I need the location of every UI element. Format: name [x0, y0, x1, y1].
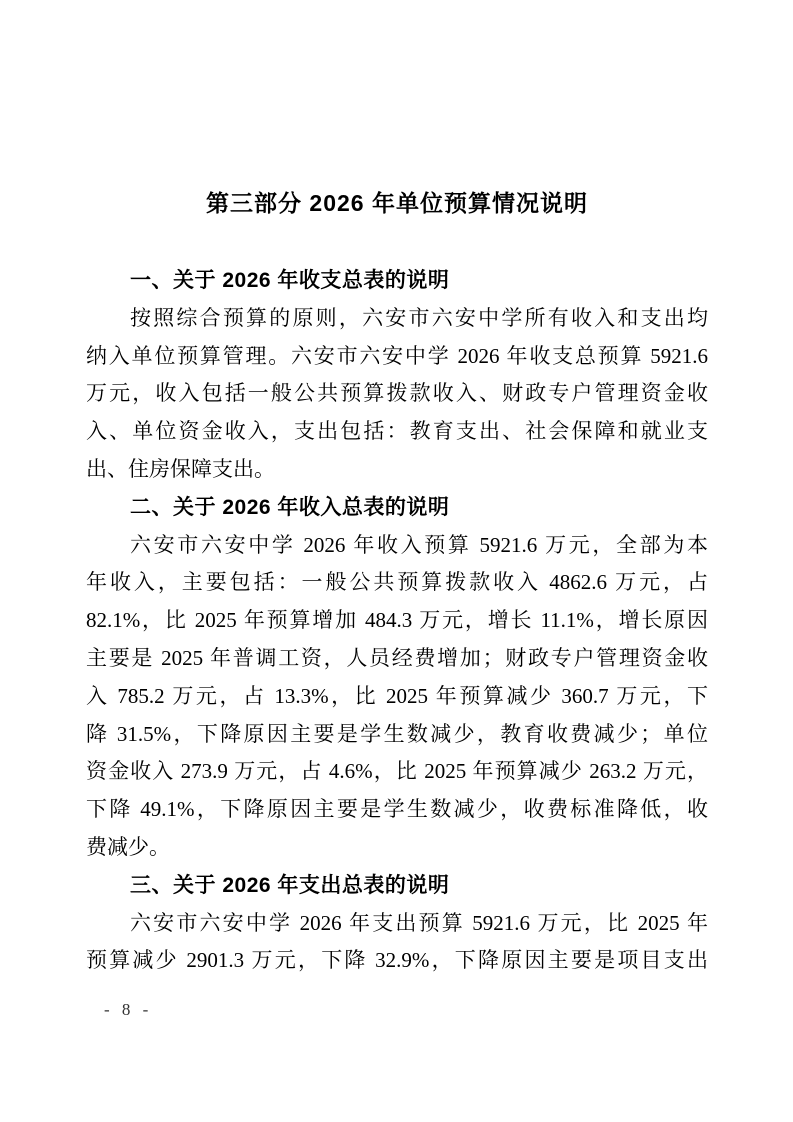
paragraph-line: 降 31.5%，下降原因主要是学生数减少，教育收费减少；单位 [86, 716, 708, 754]
section-heading-3: 三、关于 2026 年支出总表的说明 [86, 867, 708, 905]
paragraph-line: 六安市六安中学 2026 年支出预算 5921.6 万元，比 2025 年 [86, 905, 708, 943]
section-heading-1: 一、关于 2026 年收支总表的说明 [86, 262, 708, 300]
paragraph-line: 六安市六安中学 2026 年收入预算 5921.6 万元，全部为本 [86, 527, 708, 565]
paragraph-line: 入 785.2 万元，占 13.3%，比 2025 年预算减少 360.7 万元… [86, 678, 708, 716]
document-body: 第三部分 2026 年单位预算情况说明 一、关于 2026 年收支总表的说明 按… [86, 186, 708, 980]
paragraph-line: 费减少。 [86, 829, 708, 867]
paragraph-line: 下降 49.1%，下降原因主要是学生数减少，收费标准降低，收 [86, 791, 708, 829]
section-heading-2: 二、关于 2026 年收入总表的说明 [86, 489, 708, 527]
page-number: - 8 - [104, 998, 152, 1022]
paragraph-line: 出、住房保障支出。 [86, 451, 708, 489]
paragraph-line: 预算减少 2901.3 万元，下降 32.9%，下降原因主要是项目支出 [86, 942, 708, 980]
paragraph-line: 资金收入 273.9 万元，占 4.6%，比 2025 年预算减少 263.2 … [86, 753, 708, 791]
paragraph-line: 按照综合预算的原则，六安市六安中学所有收入和支出均 [86, 300, 708, 338]
paragraph-line: 入、单位资金收入，支出包括：教育支出、社会保障和就业支 [86, 413, 708, 451]
paragraph-line: 82.1%，比 2025 年预算增加 484.3 万元，增长 11.1%，增长原… [86, 602, 708, 640]
document-title: 第三部分 2026 年单位预算情况说明 [86, 186, 708, 220]
paragraph-line: 万元，收入包括一般公共预算拨款收入、财政专户管理资金收 [86, 375, 708, 413]
document-page: 第三部分 2026 年单位预算情况说明 一、关于 2026 年收支总表的说明 按… [0, 0, 793, 1122]
paragraph-line: 纳入单位预算管理。六安市六安中学 2026 年收支总预算 5921.6 [86, 338, 708, 376]
paragraph-line: 年收入，主要包括：一般公共预算拨款收入 4862.6 万元，占 [86, 564, 708, 602]
paragraph-line: 主要是 2025 年普调工资，人员经费增加；财政专户管理资金收 [86, 640, 708, 678]
